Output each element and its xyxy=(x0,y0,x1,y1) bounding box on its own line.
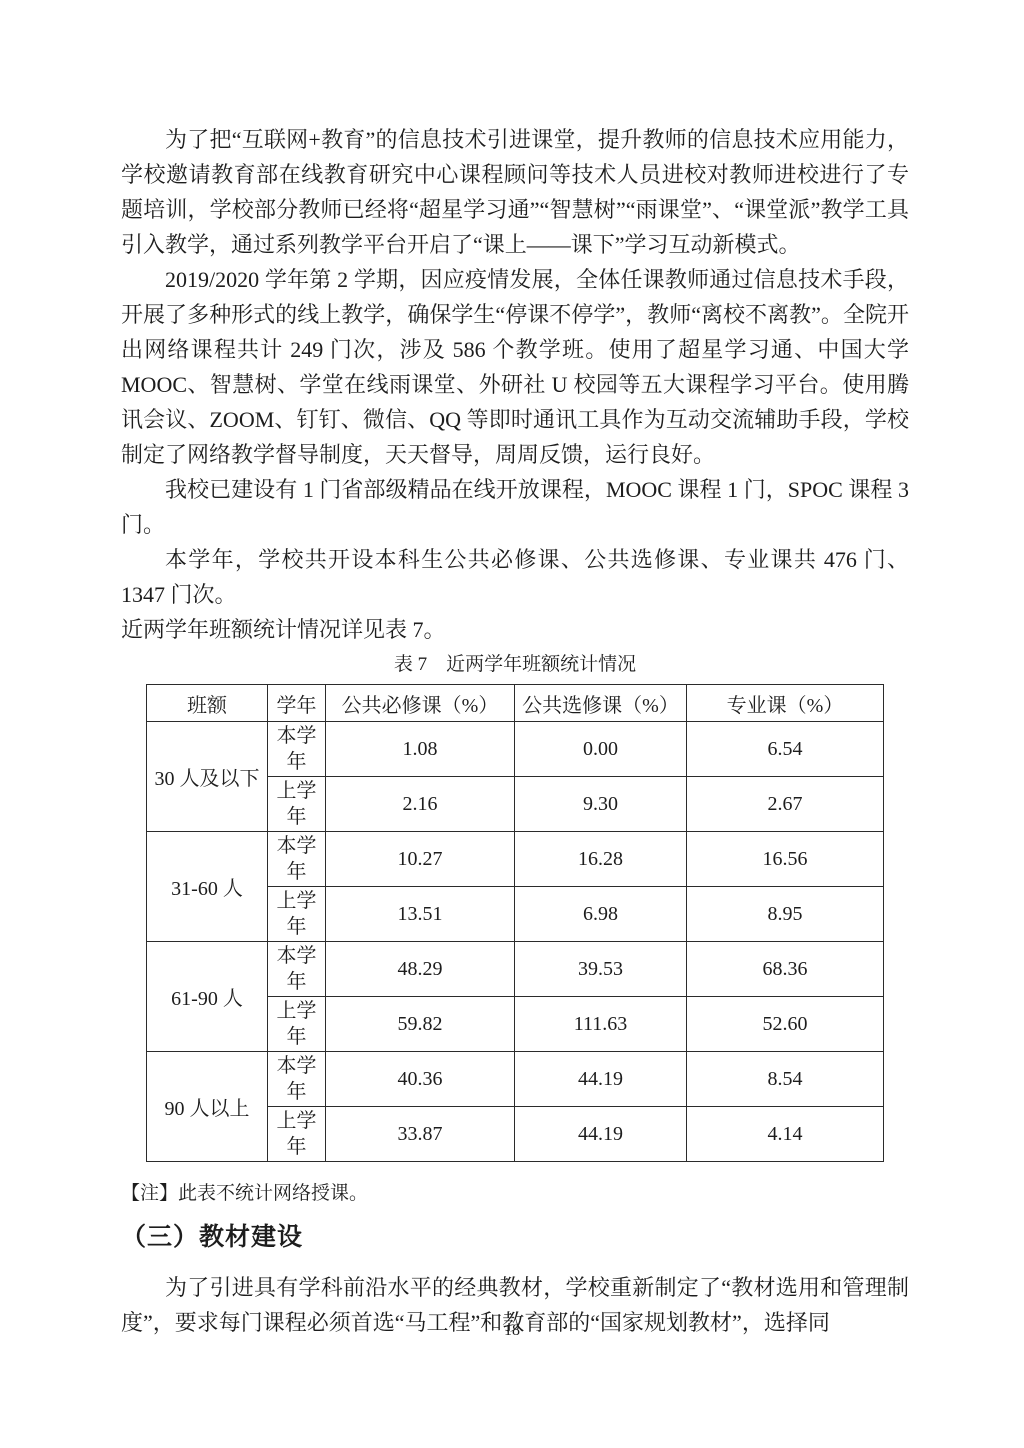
document-page: 为了把“互联网+教育”的信息技术引进课堂，提升教师的信息技术应用能力，学校邀请教… xyxy=(0,0,1024,1448)
table-caption: 表 7 近两学年班额统计情况 xyxy=(121,651,909,678)
value-cell: 39.53 xyxy=(515,942,687,997)
page-number: 18 xyxy=(0,1322,1024,1340)
paragraph-internet-education: 为了把“互联网+教育”的信息技术引进课堂，提升教师的信息技术应用能力，学校邀请教… xyxy=(121,122,909,262)
value-cell: 10.27 xyxy=(326,832,515,887)
paragraph-course-counts: 本学年，学校共开设本科生公共必修课、公共选修课、专业课共 476 门、1347 … xyxy=(121,542,909,612)
class-size-statistics-table: 班额 学年 公共必修课（%） 公共选修课（%） 专业课（%） 30 人及以下 本… xyxy=(146,684,884,1162)
year-label: 上学年 xyxy=(268,1107,326,1162)
value-cell: 52.60 xyxy=(687,997,884,1052)
value-cell: 8.54 xyxy=(687,1052,884,1107)
value-cell: 4.14 xyxy=(687,1107,884,1162)
header-school-year: 学年 xyxy=(268,685,326,722)
group-label-31-60: 31-60 人 xyxy=(147,832,268,942)
year-label: 上学年 xyxy=(268,887,326,942)
section-heading-textbook-construction: （三）教材建设 xyxy=(121,1220,909,1254)
year-label: 本学年 xyxy=(268,1052,326,1107)
value-cell: 16.28 xyxy=(515,832,687,887)
year-label: 本学年 xyxy=(268,832,326,887)
value-cell: 13.51 xyxy=(326,887,515,942)
header-class-size: 班额 xyxy=(147,685,268,722)
value-cell: 68.36 xyxy=(687,942,884,997)
value-cell: 40.36 xyxy=(326,1052,515,1107)
value-cell: 48.29 xyxy=(326,942,515,997)
value-cell: 2.67 xyxy=(687,777,884,832)
table-row: 30 人及以下 本学年 1.08 0.00 6.54 xyxy=(147,722,884,777)
value-cell: 8.95 xyxy=(687,887,884,942)
value-cell: 16.56 xyxy=(687,832,884,887)
year-label: 上学年 xyxy=(268,777,326,832)
value-cell: 2.16 xyxy=(326,777,515,832)
value-cell: 0.00 xyxy=(515,722,687,777)
year-label: 本学年 xyxy=(268,722,326,777)
table-row: 31-60 人 本学年 10.27 16.28 16.56 xyxy=(147,832,884,887)
value-cell: 6.98 xyxy=(515,887,687,942)
value-cell: 33.87 xyxy=(326,1107,515,1162)
paragraph-mooc-courses: 我校已建设有 1 门省部级精品在线开放课程，MOOC 课程 1 门，SPOC 课… xyxy=(121,472,909,542)
value-cell: 59.82 xyxy=(326,997,515,1052)
paragraph-online-teaching: 2019/2020 学年第 2 学期，因应疫情发展，全体任课教师通过信息技术手段… xyxy=(121,262,909,472)
group-label-61-90: 61-90 人 xyxy=(147,942,268,1052)
group-label-under-30: 30 人及以下 xyxy=(147,722,268,832)
value-cell: 9.30 xyxy=(515,777,687,832)
value-cell: 111.63 xyxy=(515,997,687,1052)
header-elective-courses: 公共选修课（%） xyxy=(515,685,687,722)
header-required-courses: 公共必修课（%） xyxy=(326,685,515,722)
value-cell: 6.54 xyxy=(687,722,884,777)
year-label: 本学年 xyxy=(268,942,326,997)
table-note: 【注】此表不统计网络授课。 xyxy=(121,1180,909,1208)
table-header-row: 班额 学年 公共必修课（%） 公共选修课（%） 专业课（%） xyxy=(147,685,884,722)
group-label-over-90: 90 人以上 xyxy=(147,1052,268,1162)
value-cell: 1.08 xyxy=(326,722,515,777)
year-label: 上学年 xyxy=(268,997,326,1052)
table-row: 61-90 人 本学年 48.29 39.53 68.36 xyxy=(147,942,884,997)
header-major-courses: 专业课（%） xyxy=(687,685,884,722)
value-cell: 44.19 xyxy=(515,1052,687,1107)
value-cell: 44.19 xyxy=(515,1107,687,1162)
table-row: 90 人以上 本学年 40.36 44.19 8.54 xyxy=(147,1052,884,1107)
paragraph-table-reference: 近两学年班额统计情况详见表 7。 xyxy=(121,612,909,647)
page-content: 为了把“互联网+教育”的信息技术引进课堂，提升教师的信息技术应用能力，学校邀请教… xyxy=(121,0,909,1340)
